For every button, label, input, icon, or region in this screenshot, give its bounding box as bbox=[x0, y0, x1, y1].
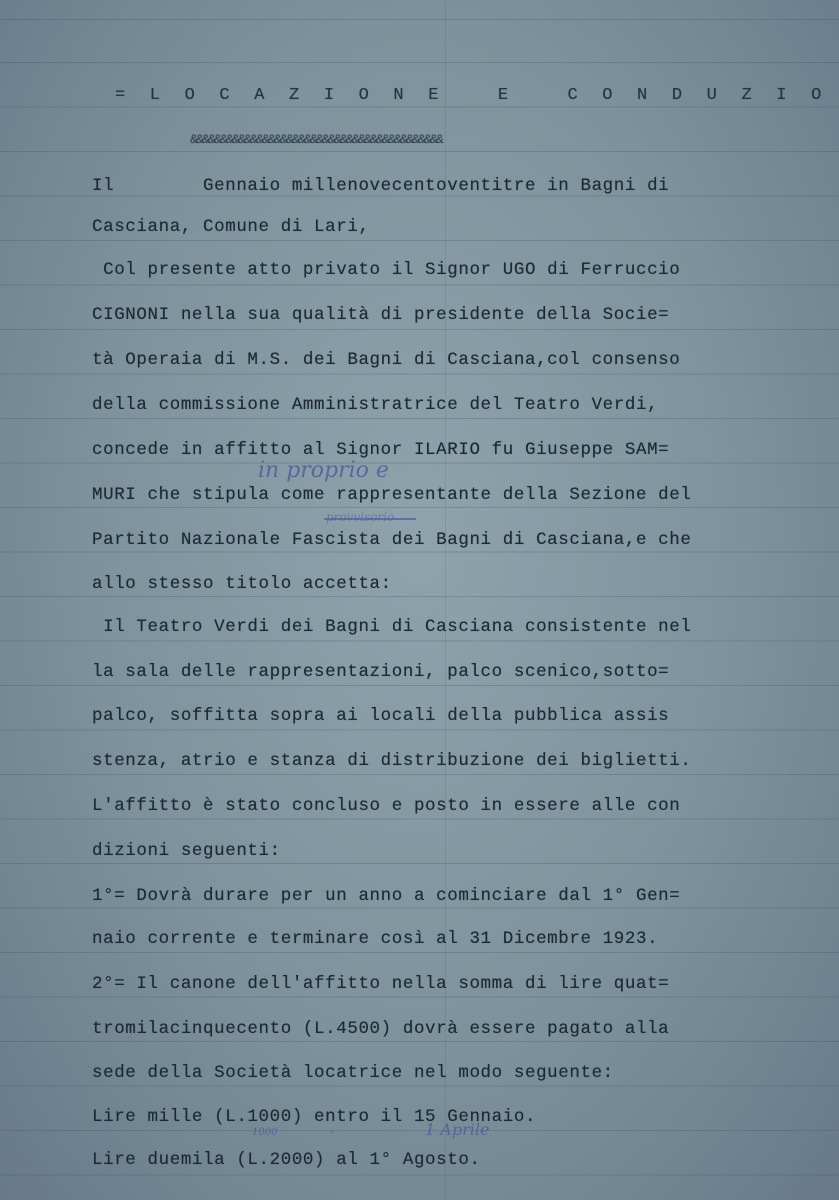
text-line-18: naio corrente e terminare così al 31 Dic… bbox=[92, 929, 658, 949]
text-line-8: MURI che stipula come rappresentante del… bbox=[92, 485, 692, 505]
document-title: = L O C A Z I O N E E C O N D U Z I O N … bbox=[115, 86, 839, 105]
text-line-14: stenza, atrio e stanza di distribuzione … bbox=[92, 751, 692, 771]
text-line-20: tromilacinquecento (L.4500) dovrà essere… bbox=[92, 1019, 669, 1039]
handwritten-note-1000: 1000 bbox=[252, 1127, 277, 1138]
text-line-16: dizioni seguenti: bbox=[92, 841, 281, 861]
text-line-21: sede della Società locatrice nel modo se… bbox=[92, 1063, 614, 1083]
text-line-6: della commissione Amministratrice del Te… bbox=[92, 395, 658, 415]
text-line-3: Col presente atto privato il Signor UGO … bbox=[92, 260, 680, 280]
text-line-17: 1°= Dovrà durare per un anno a cominciar… bbox=[92, 886, 680, 906]
ampersand-ornament-rule: &&&&&&&&&&&&&&&&&&&&&&&&&&&&&&&&&&&&&&&&… bbox=[190, 132, 442, 147]
text-line-23: Lire duemila (L.2000) al 1° Agosto. bbox=[92, 1150, 481, 1170]
strikethrough-mark bbox=[324, 518, 416, 520]
handwritten-note-aprile: 1 Aprile bbox=[425, 1120, 489, 1139]
text-line-7: concede in affitto al Signor ILARIO fu G… bbox=[92, 440, 669, 460]
text-line-11: Il Teatro Verdi dei Bagni di Casciana co… bbox=[92, 617, 692, 637]
text-line-19: 2°= Il canone dell'affitto nella somma d… bbox=[92, 974, 669, 994]
handwritten-insert: in proprio e bbox=[258, 458, 389, 483]
text-line-12: la sala delle rappresentazioni, palco sc… bbox=[92, 662, 669, 682]
scanned-document-page: = L O C A Z I O N E E C O N D U Z I O N … bbox=[0, 0, 839, 1200]
text-line-4: CIGNONI nella sua qualità di presidente … bbox=[92, 305, 669, 325]
handwritten-ditto: " bbox=[330, 1130, 335, 1141]
handwritten-struck-word: provvisorio bbox=[326, 510, 394, 524]
text-line-2: Casciana, Comune di Lari, bbox=[92, 217, 370, 237]
text-line-5: tà Operaia di M.S. dei Bagni di Casciana… bbox=[92, 350, 680, 370]
text-line-15: L'affitto è stato concluso e posto in es… bbox=[92, 796, 680, 816]
text-line-10: allo stesso titolo accetta: bbox=[92, 574, 392, 594]
text-line-13: palco, soffitta sopra ai locali della pu… bbox=[92, 706, 669, 726]
text-line-1: Il Gennaio millenovecentoventitre in Bag… bbox=[92, 176, 669, 196]
text-line-9: Partito Nazionale Fascista dei Bagni di … bbox=[92, 530, 692, 550]
